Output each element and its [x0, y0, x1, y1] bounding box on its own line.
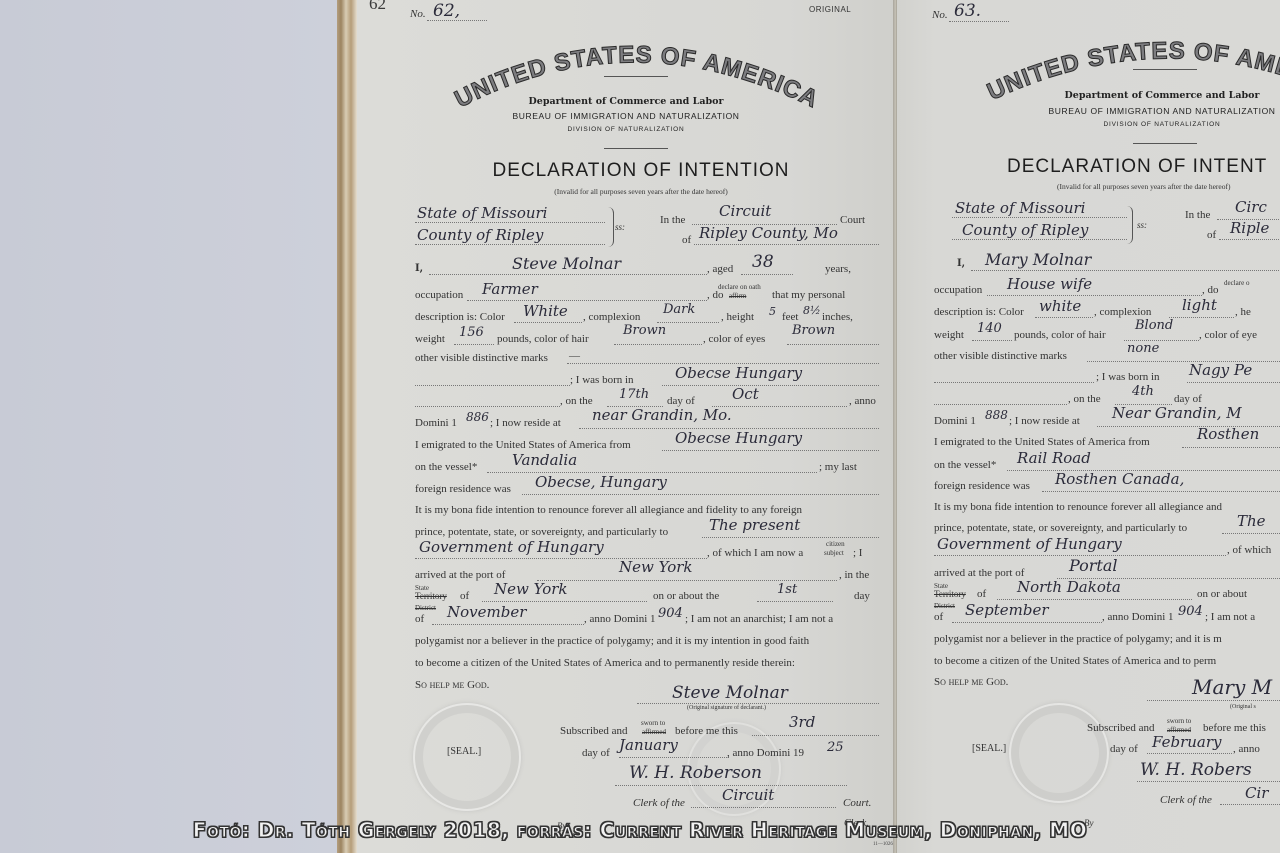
county-field: County of Ripley [417, 226, 543, 244]
sovereign-line2-field: Government of Hungary [419, 538, 604, 556]
form-number-label: No. [410, 8, 426, 20]
birth-year-field: 886 [466, 410, 489, 424]
weight-field: 156 [459, 325, 484, 340]
occupation-field: Farmer [482, 280, 538, 298]
arrival-year-field: 904 [658, 606, 683, 621]
emigrated-from-field: Obecse Hungary [675, 429, 802, 447]
sworn-year-field: 25 [827, 740, 844, 755]
vessel-field: Vandalia [512, 451, 577, 469]
declarant-name-field-right: Mary Molnar [985, 250, 1091, 269]
sworn-day-field: 3rd [789, 713, 815, 731]
right-page-declaration-63: No. 63. UNITED STATES OF AMERICA Departm… [897, 0, 1280, 853]
arrival-day-field: 1st [777, 582, 797, 597]
height-feet-field: 5 [769, 305, 776, 318]
division-heading: DIVISION OF NATURALIZATION [357, 126, 895, 133]
marks-field: — [569, 350, 580, 362]
embossed-seal [413, 703, 521, 811]
height-inches-field: 8½ [803, 304, 821, 317]
birthplace-field: Obecse Hungary [675, 364, 802, 382]
color-field: White [523, 302, 568, 320]
department-heading: Department of Commerce and Labor [357, 96, 895, 107]
form-title-right: DECLARATION OF INTENT [1007, 156, 1267, 178]
declarant-signature: Steve Molnar [672, 683, 788, 703]
clerk-signature: W. H. Roberson [629, 763, 762, 783]
form-number-value: 62, [433, 1, 460, 21]
book-spine [337, 0, 357, 853]
form-subtitle: (Invalid for all purposes seven years af… [357, 187, 895, 196]
port-field: New York [619, 558, 693, 576]
background-surface [0, 0, 340, 853]
ledger-page-number: 62 [369, 0, 386, 14]
state-field: State of Missouri [417, 204, 547, 222]
left-page-declaration-62: 62 No. 62, ORIGINAL UNITED STATES OF AME… [357, 0, 895, 853]
arrival-state-field: New York [494, 580, 568, 598]
seal-label: [SEAL.] [447, 746, 481, 757]
photo-credit-caption: Fotó: Dr. Tóth Gergely 2018, forrás: Cur… [0, 818, 1280, 842]
birth-month-field: Oct [732, 385, 759, 403]
oath-closing: So help me God. [415, 679, 489, 691]
form-title: DECLARATION OF INTENTION [357, 160, 895, 182]
eye-color-field: Brown [792, 323, 835, 338]
residence-field: near Grandin, Mo. [592, 406, 732, 424]
court-location-field: Ripley County, Mo [699, 224, 838, 242]
arc-title-right: UNITED STATES OF AMERICA [959, 16, 1280, 116]
original-label: ORIGINAL [809, 5, 851, 14]
complexion-field: Dark [663, 302, 695, 317]
clerk-court-field: Circuit [722, 786, 774, 804]
declarant-name-field: Steve Molnar [512, 254, 621, 273]
foreign-residence-field: Obecse, Hungary [535, 473, 667, 491]
court-type-field: Circuit [719, 202, 771, 220]
embossed-seal-right [1009, 703, 1109, 803]
bureau-heading: BUREAU OF IMMIGRATION AND NATURALIZATION [357, 111, 895, 121]
sovereign-line1-field: The present [709, 516, 800, 534]
declarant-signature-right: Mary M [1192, 675, 1272, 699]
age-field: 38 [752, 252, 774, 272]
sworn-month-field: January [619, 736, 678, 754]
birth-day-field: 17th [619, 387, 649, 402]
hair-color-field: Brown [623, 323, 666, 338]
arrival-month-field: November [447, 603, 526, 621]
